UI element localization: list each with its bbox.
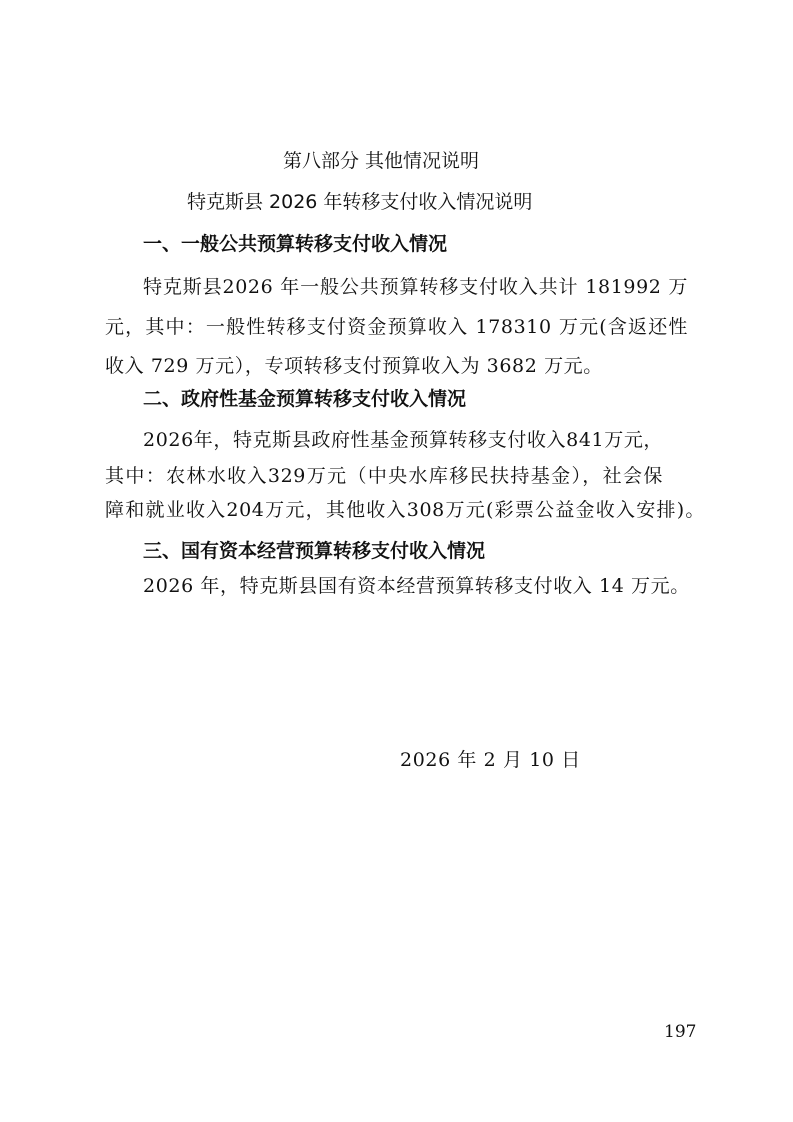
section-3-line-1: 2026 年，特克斯县国有资本经营预算转移支付收入 14 万元。 <box>143 573 688 599</box>
section-heading-2: 二、政府性基金预算转移支付收入情况 <box>143 386 466 412</box>
section-1-line-2: 元，其中：一般性转移支付资金预算收入 178310 万元(含返还性 <box>105 314 688 340</box>
section-heading-3: 三、国有资本经营预算转移支付收入情况 <box>143 538 485 564</box>
section-2-line-1: 2026年，特克斯县政府性基金预算转移支付收入841万元， <box>143 427 663 453</box>
section-1-line-1: 特克斯县2026 年一般公共预算转移支付收入共计 181992 万 <box>143 274 688 300</box>
section-heading-1: 一、一般公共预算转移支付收入情况 <box>143 231 447 257</box>
section-2-line-2: 其中：农林水收入329万元（中央水库移民扶持基金），社会保 <box>105 463 663 489</box>
section-1-line-3: 收入 729 万元），专项转移支付预算收入为 3682 万元。 <box>105 353 603 379</box>
document-subtitle: 特克斯县 2026 年转移支付收入情况说明 <box>187 189 532 215</box>
part-title: 第八部分 其他情况说明 <box>283 148 479 174</box>
section-2-line-3: 障和就业收入204万元，其他收入308万元(彩票公益金收入安排)。 <box>105 497 705 523</box>
page-number: 197 <box>664 1019 696 1045</box>
document-date: 2026 年 2 月 10 日 <box>400 747 581 773</box>
